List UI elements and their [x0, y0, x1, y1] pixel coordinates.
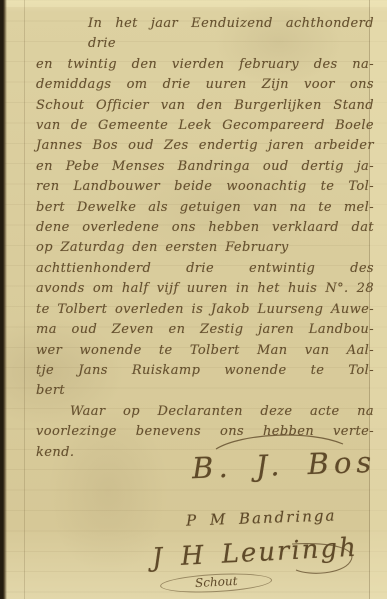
manuscript-line: ma oud Zeven en Zestig jaren Landbou- [36, 320, 374, 340]
signature-p-m-bandringa: P M Bandringa [186, 506, 337, 529]
manuscript-line: Jannes Bos oud Zes endertig jaren arbeid… [36, 136, 374, 156]
manuscript-line: dene overledene ons hebben verklaard dat [36, 218, 374, 238]
manuscript-line: te Tolbert overleden is Jakob Luurseng A… [36, 300, 374, 320]
signature-j-h-leuringh: J H Leuringh [151, 533, 358, 574]
manuscript-line: op Zaturdag den eersten February [36, 238, 374, 258]
scan-edge-left [0, 0, 7, 599]
manuscript-line: In het jaar Eenduizend achthonderd drie [36, 14, 374, 55]
manuscript-line: voorlezinge benevens ons hebben verte- [36, 422, 374, 442]
paper-fold-left [24, 0, 25, 599]
manuscript-line: en Pebe Menses Bandringa oud dertig ja- [36, 157, 374, 177]
manuscript-line: van de Gemeente Leek Gecompareerd Boele [36, 116, 374, 136]
signature-b-j-bos: B. J. Bos [191, 445, 376, 485]
manuscript-line: demiddags om drie uuren Zijn voor ons [36, 75, 374, 95]
document-scan: In het jaar Eenduizend achthonderd drie … [0, 0, 387, 599]
manuscript-line: tje Jans Ruiskamp wonende te Tol- [36, 361, 374, 381]
manuscript-line: Waar op Declaranten deze acte na [36, 402, 374, 422]
signature-title-schout: Schout [160, 571, 273, 595]
signature-title-oval: Schout [160, 568, 273, 595]
manuscript-body: In het jaar Eenduizend achthonderd drie … [36, 14, 374, 463]
manuscript-line: en twintig den vierden february des na- [36, 55, 374, 75]
manuscript-line: bert Dewelke als getuigen van na te mel- [36, 198, 374, 218]
manuscript-line: wer wonende te Tolbert Man van Aal- [36, 341, 374, 361]
manuscript-line: ren Landbouwer beide woonachtig te Tol- [36, 177, 374, 197]
manuscript-line: bert [36, 381, 374, 401]
manuscript-line: avonds om half vijf uuren in het huis N°… [36, 279, 374, 299]
manuscript-line: Schout Officier van den Burgerlijken Sta… [36, 96, 374, 116]
manuscript-line: achttienhonderd drie entwintig des [36, 259, 374, 279]
